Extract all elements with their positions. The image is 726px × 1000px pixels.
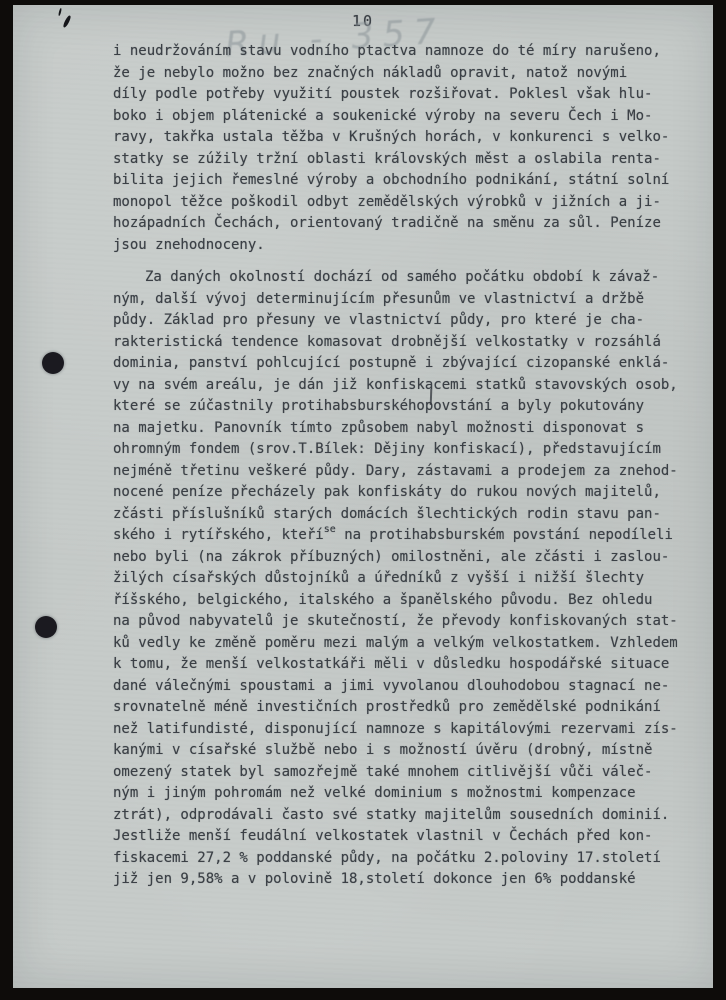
scanned-document: { "document": { "page_number": "10", "st… [0,0,726,1000]
text-line: zčásti příslušníků starých domácích šlec… [113,504,713,526]
text-segment: ského i rytířského, kteří [113,527,324,543]
text-line: ků vedly ke změně poměru mezi malým a ve… [113,633,713,655]
document-page: 10 Ru - 357 i neudržováním stavu vodního… [13,5,713,988]
text-line: ravy, takřka ustala těžba v Krušných hor… [113,127,713,149]
text-line: boko i objem plátenické a soukenické výr… [113,106,713,128]
text-line: ztrát), odprodávali často své statky maj… [113,805,713,827]
text-line: jsou znehodnoceny. [113,235,713,257]
text-line: dané válečnými spoustami a jimi vyvolano… [113,676,713,698]
paragraph: i neudržováním stavu vodního ptactva nam… [113,41,713,256]
pen-tick-mark-icon [62,15,71,28]
text-line: ným, další vývoj determinujícím přesunům… [113,289,713,311]
text-line: Jestliže menší feudální velkostatek vlas… [113,826,713,848]
text-line: než latifundisté, disponující namnoze s … [113,719,713,741]
text-line: ným i jiným pohromám než velké dominium … [113,783,713,805]
text-line: ohromným fondem (srov.T.Bílek: Dějiny ko… [113,439,713,461]
inserted-superscript: se [324,524,336,535]
text-line: nejméně třetinu veškeré půdy. Dary, zást… [113,461,713,483]
text-line: dominia, panství pohlcující postupně i z… [113,353,713,375]
text-body: i neudržováním stavu vodního ptactva nam… [113,41,713,891]
text-line: nebo byli (na zákrok příbuzných) omilost… [113,547,713,569]
text-line: půdy. Základ pro přesuny ve vlastnictví … [113,310,713,332]
text-line: k tomu, že menší velkostatkáři měli v dů… [113,654,713,676]
text-line: i neudržováním stavu vodního ptactva nam… [113,41,713,63]
text-line: na majetku. Panovník tímto způsobem naby… [113,418,713,440]
text-line: monopol těžce poškodil odbyt zemědělskýc… [113,192,713,214]
hole-punch-top [42,352,64,374]
text-line: které se zúčastnily protihabsburskéhopov… [113,396,713,418]
text-line: Za daných okolností dochází od samého po… [113,267,713,289]
text-line: fiskacemi 27,2 % poddanské půdy, na počá… [113,848,713,870]
text-line: žilých císařských důstojníků a úředníků … [113,568,713,590]
text-line: statky se zúžily tržní oblasti královský… [113,149,713,171]
text-line: bilita jejich řemeslné výroby a obchodní… [113,170,713,192]
text-line: na původ nabyvatelů je skutečností, že p… [113,611,713,633]
text-line: srovnatelně méně investičních prostředků… [113,697,713,719]
pen-tick-mark-icon [58,8,62,16]
text-line: vy na svém areálu, je dán již konfiskace… [113,375,713,397]
text-line: říšského, belgického, italského a španěl… [113,590,713,612]
text-line: ského i rytířského, kteříse na protihabs… [113,525,713,547]
text-line: již jen 9,58% a v polovině 18,století do… [113,869,713,891]
text-line: rakteristická tendence komasovat drobněj… [113,332,713,354]
text-line: díly podle potřeby využití poustek rozši… [113,84,713,106]
text-line: omezený statek byl samozřejmě také mnohe… [113,762,713,784]
text-line: kanými v císařské službě nebo i s možnos… [113,740,713,762]
hole-punch-bottom [35,616,57,638]
text-line: nocené peníze přecházely pak konfiskáty … [113,482,713,504]
text-segment: na protihabsburském povstání nepodíleli [336,527,673,543]
text-line: že je nebylo možno bez značných nákladů … [113,63,713,85]
text-line: hozápadních Čechách, orientovaný tradičn… [113,213,713,235]
paragraph: Za daných okolností dochází od samého po… [113,267,713,891]
